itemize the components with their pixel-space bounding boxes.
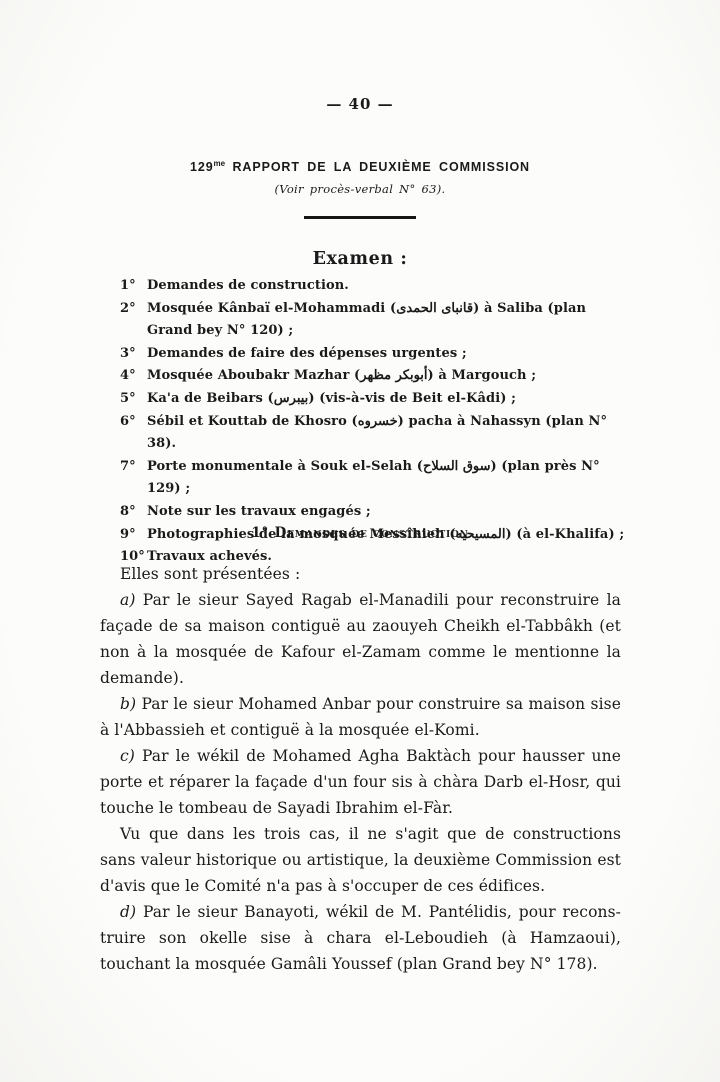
paragraph-b: b) Par le sieur Mohamed Anbar pour const… [100,691,621,743]
horizontal-rule [304,216,416,219]
agenda-item-text: Ka'a de Beibars (بيبرس) (vis-à-vis de Be… [147,388,625,411]
agenda-item: 3°Demandes de faire des dépenses urgente… [120,343,625,366]
agenda-item-number: 2° [120,298,147,343]
agenda-item-number: 1° [120,275,147,298]
agenda-item-text: Demandes de construction. [147,275,625,298]
agenda-item-text: Mosquée Aboubakr Mazhar (أبوبكر مظهر) à … [147,365,625,388]
paragraph-a: a) Par le sieur Sayed Ragab el-Manadili … [100,587,621,691]
paragraph-text: Par le sieur Mohamed Anbar pour construi… [100,695,621,739]
report-subtitle: (Voir procès-verbal N° 63). [0,182,720,196]
agenda-item: 2°Mosquée Kânbaï el-Mohammadi (قانباى ال… [120,298,625,343]
agenda-item-number: 5° [120,388,147,411]
section-heading: 1° Demandes de construction [0,525,720,541]
report-title-text: RAPPORT DE LA DEUXIÈME COMMISSION [232,160,530,174]
page-number: — 40 — [0,95,720,113]
section-title: Demandes de construction [275,525,469,541]
agenda-item: 5°Ka'a de Beibars (بيبرس) (vis-à-vis de … [120,388,625,411]
agenda-item: 4°Mosquée Aboubakr Mazhar (أبوبكر مظهر) … [120,365,625,388]
agenda-item-number: 3° [120,343,147,366]
agenda-item: 8°Note sur les travaux engagés ; [120,501,625,524]
paragraph-d: d) Par le sieur Banayoti, wékil de M. Pa… [100,899,621,977]
agenda-item-text: Demandes de faire des dépenses urgentes … [147,343,625,366]
paragraph-text: Par le sieur Banayoti, wékil de M. Panté… [100,903,621,973]
agenda-item: 1°Demandes de construction. [120,275,625,298]
report-ordinal-suffix: me [214,159,226,168]
agenda-item: 6°Sébil et Kouttab de Khosro (خسروه) pac… [120,411,625,456]
paragraph-intro: Elles sont présentées : [100,561,621,587]
paragraph-label: a) [120,591,136,609]
paragraph-text: Par le sieur Sayed Ragab el-Manadili pou… [100,591,621,687]
paragraph-text: Par le wékil de Mohamed Agha Baktàch pou… [100,747,621,817]
agenda-item-number: 7° [120,456,147,501]
paragraph-text: Vu que dans les trois cas, il ne s'agit … [100,825,621,895]
agenda-item-text: Note sur les travaux engagés ; [147,501,625,524]
agenda-item: 7°Porte monumentale à Souk el-Selah (سوق… [120,456,625,501]
scanned-document-page: — 40 — 129me RAPPORT DE LA DEUXIÈME COMM… [0,0,720,1082]
paragraph-vu-que: Vu que dans les trois cas, il ne s'agit … [100,821,621,899]
paragraph-text: Elles sont présentées : [120,565,300,583]
report-title: 129me RAPPORT DE LA DEUXIÈME COMMISSION [0,159,720,174]
agenda-item-text: Sébil et Kouttab de Khosro (خسروه) pacha… [147,411,625,456]
agenda-item-text: Porte monumentale à Souk el-Selah (سوق ا… [147,456,625,501]
agenda-item-text: Mosquée Kânbaï el-Mohammadi (قانباى الحم… [147,298,625,343]
agenda-item-number: 6° [120,411,147,456]
paragraph-label: d) [120,903,136,921]
examen-heading: Examen : [0,249,720,269]
paragraph-c: c) Par le wékil de Mohamed Agha Baktàch … [100,743,621,821]
agenda-item-number: 8° [120,501,147,524]
section-number: 1° [251,525,269,541]
report-number: 129 [190,160,214,174]
paragraph-label: c) [120,747,135,765]
body-text: Elles sont présentées : a) Par le sieur … [100,561,621,977]
paragraph-label: b) [120,695,136,713]
agenda-item-number: 4° [120,365,147,388]
